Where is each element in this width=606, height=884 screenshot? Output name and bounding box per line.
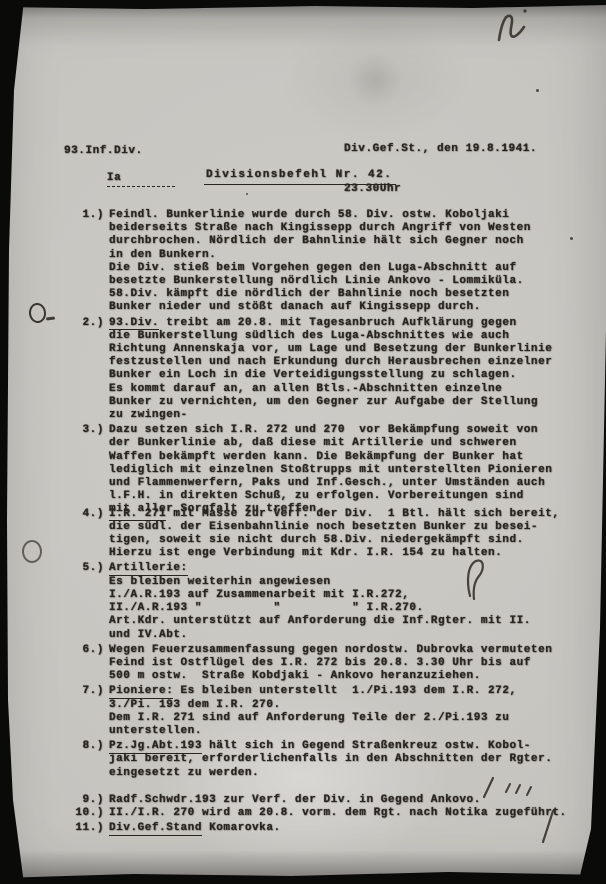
order-body: II./I.R. 270 wird am 20.8. vorm. dem Rgt…: [109, 807, 567, 820]
text-line: I.R. 271 mit Masse zur Verf. der Div. 1 …: [109, 508, 560, 521]
order-body: Div.Gef.Stand Komarovka.: [109, 822, 281, 835]
text-line: 500 m ostw. Straße Kobdjaki - Ankovo her…: [109, 670, 552, 683]
punch-hole-ring-lower: [22, 540, 42, 563]
text-line: Art.Kdr. unterstützt auf Anforderung die…: [109, 615, 531, 628]
scanned-document-page: 93.Inf.Div. Ia Div.Gef.St., den 19.8.194…: [0, 0, 606, 884]
text-line: I./A.R.193 auf Zusammenarbeit mit I.R.27…: [109, 589, 531, 602]
text-line: die Bunkerstellung südlich des Luga-Absc…: [109, 330, 552, 343]
order-number: 5.): [72, 562, 104, 641]
order-body: Artillerie:Es bleiben weiterhin angewies…: [109, 562, 531, 641]
text-line: II./A.R.193 " " " I.R.270.: [109, 602, 531, 615]
text-line: Bunker zu vernichten, um den Gegner zur …: [109, 396, 552, 409]
order-number: 4.): [72, 508, 104, 561]
text-line: Pz.Jg.Abt.193 hält sich in Gegend Straße…: [109, 740, 552, 753]
text-line: Die Div. stieß beim Vorgehen gegen den L…: [109, 262, 531, 275]
document-title: Divisionsbefehl Nr. 42.: [204, 169, 396, 185]
text-line: 58.Div. kämpft die nördlich der Bahnlini…: [109, 288, 531, 301]
typewritten-content: 93.Inf.Div. Ia Div.Gef.St., den 19.8.194…: [0, 0, 606, 884]
text-line: Es bleiben weiterhin angewiesen: [109, 576, 531, 589]
order-item: 4.)I.R. 271 mit Masse zur Verf. der Div.…: [72, 508, 584, 561]
text-line: l.F.H. in direkten Schuß, zu erfolgen. V…: [109, 490, 552, 503]
order-body: Pz.Jg.Abt.193 hält sich in Gegend Straße…: [109, 740, 552, 780]
text-line: besetzte Bunkerstellung nördlich Linie A…: [109, 275, 531, 288]
order-item: 8.)Pz.Jg.Abt.193 hält sich in Gegend Str…: [72, 740, 584, 780]
headquarters-date-line: Div.Gef.St., den 19.8.1941.: [344, 143, 537, 156]
order-body: Pioniere: Es bleiben unterstellt 1./Pi.1…: [109, 685, 517, 738]
order-body: Dazu setzen sich I.R. 272 und 270 vor Be…: [109, 424, 552, 516]
text-line: Artillerie:: [109, 562, 531, 575]
order-number: 2.): [72, 317, 104, 423]
order-number: 8.): [72, 740, 104, 780]
text-line: Bunker ein Loch in die Verteidigungsstel…: [109, 369, 552, 382]
text-line: Hierzu ist enge Verbindung mit Kdr. I.R.…: [109, 547, 560, 560]
text-line: II./I.R. 270 wird am 20.8. vorm. dem Rgt…: [109, 807, 567, 820]
order-item: 6.)Wegen Feuerzusammenfassung gegen nord…: [72, 644, 584, 684]
text-line: eingesetzt zu werden.: [109, 767, 552, 780]
text-line: Radf.Schwdr.193 zur Verf. der Div. in Ge…: [109, 794, 481, 807]
text-line: Dem I.R. 271 sind auf Anforderung Teile …: [109, 712, 517, 725]
order-number: 9.): [72, 794, 104, 807]
text-line: beiderseits Straße nach Kingissepp durch…: [109, 222, 531, 235]
order-number: 6.): [72, 644, 104, 684]
order-body: Feindl. Bunkerlinie wurde durch 58. Div.…: [109, 209, 531, 315]
text-line: die südl. der Eisenbahnlinie noch besetz…: [109, 521, 560, 534]
order-number: 11.): [72, 822, 104, 835]
text-line: Es kommt darauf an, an allen Btls.-Absch…: [109, 383, 552, 396]
order-item: 1.)Feindl. Bunkerlinie wurde durch 58. D…: [72, 209, 584, 315]
unit-designation: 93.Inf.Div.: [64, 145, 175, 158]
order-item: 11.)Div.Gef.Stand Komarovka.: [72, 822, 584, 835]
text-line: Feindl. Bunkerlinie wurde durch 58. Div.…: [109, 209, 531, 222]
order-item: 9.)Radf.Schwdr.193 zur Verf. der Div. in…: [72, 794, 584, 807]
order-item: 2.)93.Div. treibt am 20.8. mit Tagesanbr…: [72, 317, 584, 423]
text-line: Feind ist Ostflügel des I.R. 272 bis 20.…: [109, 657, 552, 670]
text-line: Bunker nieder und stößt danach auf Kingi…: [109, 301, 531, 314]
text-line: Pioniere: Es bleiben unterstellt 1./Pi.1…: [109, 685, 517, 698]
text-line: unterstellen.: [109, 725, 517, 738]
order-item: 3.)Dazu setzen sich I.R. 272 und 270 vor…: [72, 424, 584, 516]
order-item: 7.)Pioniere: Es bleiben unterstellt 1./P…: [72, 685, 584, 738]
text-line: 93.Div. treibt am 20.8. mit Tagesanbruch…: [109, 317, 552, 330]
text-line: durchbrochen. Nördlich der Bahnlinie häl…: [109, 235, 531, 248]
header-unit-block: 93.Inf.Div. Ia: [64, 119, 175, 200]
order-item: 5.)Artillerie:Es bleiben weiterhin angew…: [72, 562, 584, 641]
text-line: lediglich mit einzelnen Stoßtrupps mit u…: [109, 464, 552, 477]
order-number: 10.): [72, 807, 104, 820]
order-number: 7.): [72, 685, 104, 738]
text-line: und IV.Abt.: [109, 629, 531, 642]
order-number: 3.): [72, 424, 104, 516]
order-item: 10.)II./I.R. 270 wird am 20.8. vorm. dem…: [72, 807, 584, 820]
text-line: Waffen bekämpft werden kann. Die Bekämpf…: [109, 451, 552, 464]
text-line: 3./Pi. 193 dem I.R. 270.: [109, 699, 517, 712]
order-body: Radf.Schwdr.193 zur Verf. der Div. in Ge…: [109, 794, 481, 807]
orders-list: 1.)Feindl. Bunkerlinie wurde durch 58. D…: [72, 207, 584, 835]
order-body: I.R. 271 mit Masse zur Verf. der Div. 1 …: [109, 508, 560, 561]
text-line: jaki bereit, erforderlichenfalls in den …: [109, 753, 552, 766]
text-line: zu zwingen-: [109, 409, 552, 422]
text-line: Div.Gef.Stand Komarovka.: [109, 822, 281, 835]
text-line: der Bunkerlinie ab, daß diese mit Artill…: [109, 437, 552, 450]
order-body: Wegen Feuerzusammenfassung gegen nordost…: [109, 644, 552, 684]
text-line: tigen, soweit sie nicht durch 58.Div. ni…: [109, 534, 560, 547]
text-line: Dazu setzen sich I.R. 272 und 270 vor Be…: [109, 424, 552, 437]
unit-department: Ia: [107, 172, 175, 187]
text-line: festzustellen und nach Erkundung durch H…: [109, 356, 552, 369]
text-line: und Flammenwerfern, Paks und Inf.Gesch.,…: [109, 477, 552, 490]
text-line: Wegen Feuerzusammenfassung gegen nordost…: [109, 644, 552, 657]
order-body: 93.Div. treibt am 20.8. mit Tagesanbruch…: [109, 317, 552, 423]
text-line: Richtung Annenskaja vor, um Lage und Bes…: [109, 343, 552, 356]
order-number: 1.): [72, 209, 104, 315]
text-line: in den Bunkern.: [109, 249, 531, 262]
